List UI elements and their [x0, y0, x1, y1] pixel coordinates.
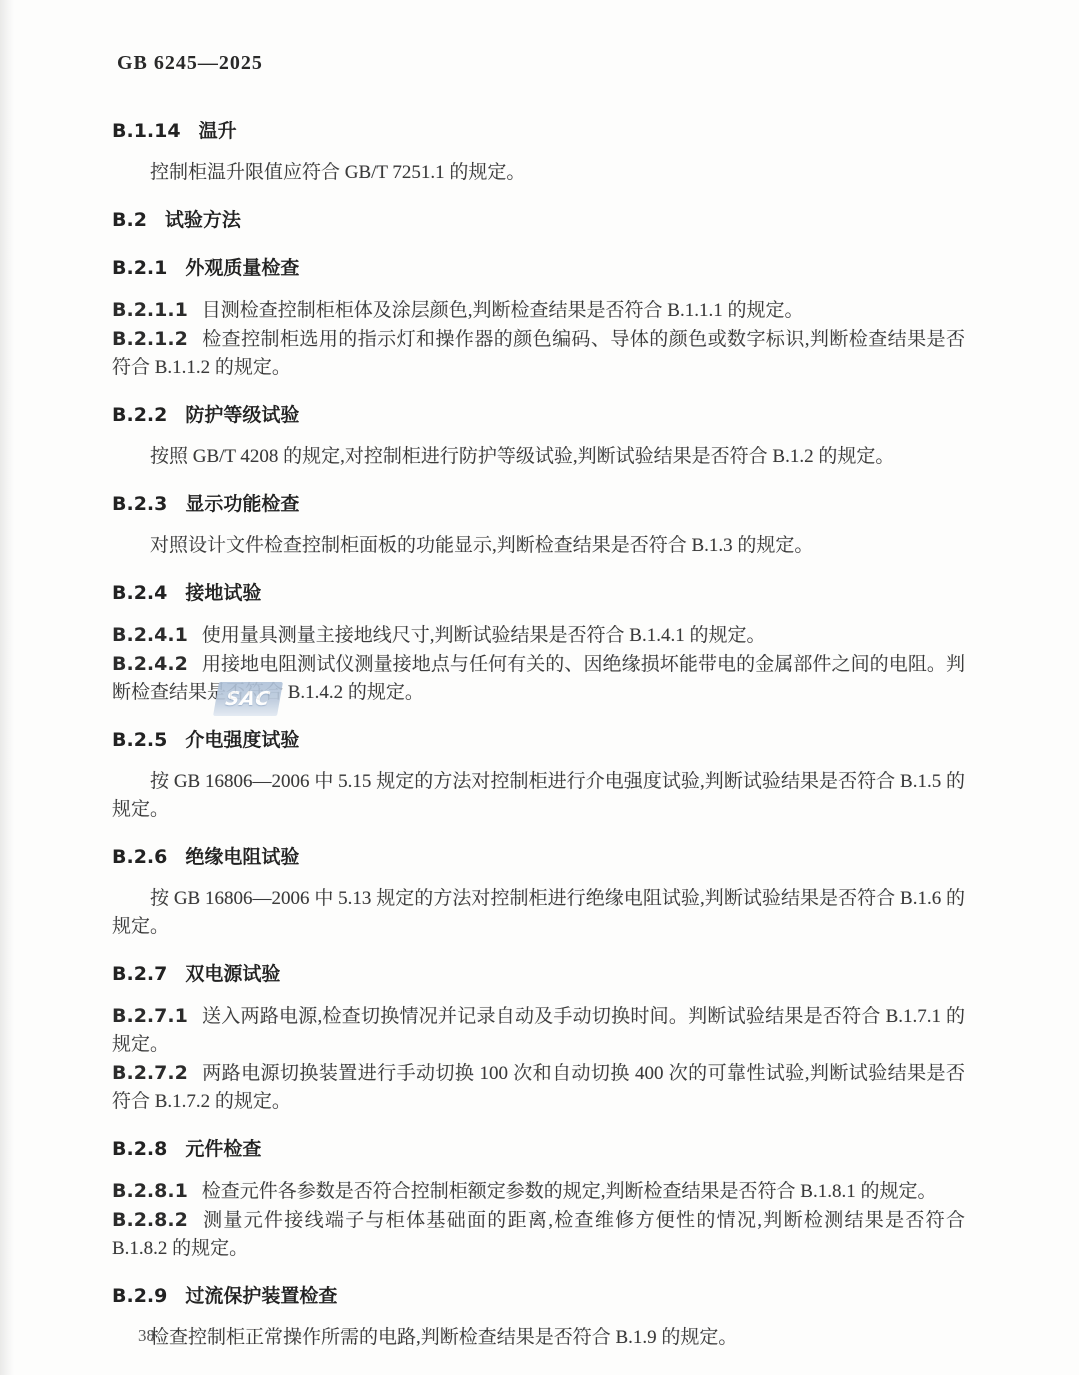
numbered-paragraph: B.2.8.1检查元件各参数是否符合控制柜额定参数的规定,判断检查结果是否符合 … — [112, 1177, 965, 1206]
clause-title-text: 试验方法 — [165, 209, 241, 231]
clause-heading: B.2.4接地试验 — [112, 578, 965, 608]
clause-number: B.2.3 — [112, 493, 167, 515]
clause-title-text: 双电源试验 — [185, 963, 280, 985]
clause-title-text: 介电强度试验 — [185, 729, 299, 751]
numbered-paragraph: B.2.7.2两路电源切换装置进行手动切换 100 次和自动切换 400 次的可… — [112, 1059, 965, 1116]
paragraph: 按照 GB/T 4208 的规定,对控制柜进行防护等级试验,判断试验结果是否符合… — [112, 443, 965, 471]
paragraph: 按 GB 16806—2006 中 5.13 规定的方法对控制柜进行绝缘电阻试验… — [112, 885, 965, 941]
clause-number: B.2.4.2 — [112, 653, 188, 675]
clause-number: B.2.8.2 — [112, 1209, 188, 1231]
clause-number: B.2.2 — [112, 404, 167, 426]
clause-number: B.1.14 — [112, 120, 181, 142]
numbered-paragraph: B.2.1.2检查控制柜选用的指示灯和操作器的颜色编码、导体的颜色或数字标识,判… — [112, 325, 965, 382]
paragraph-text: 使用量具测量主接地线尺寸,判断试验结果是否符合 B.1.4.1 的规定。 — [202, 625, 766, 646]
numbered-paragraph: B.2.4.2用接地电阻测试仪测量接地点与任何有关的、因绝缘损坏能带电的金属部件… — [112, 650, 965, 707]
clause-number: B.2.6 — [112, 846, 167, 868]
clause-heading: B.2.1外观质量检查 — [112, 253, 965, 283]
clause-number: B.2.7.1 — [112, 1005, 188, 1027]
clause-number: B.2.7 — [112, 963, 167, 985]
clause-title-text: 防护等级试验 — [185, 404, 299, 426]
clause-title-text: 过流保护装置检查 — [185, 1285, 337, 1307]
clause-number: B.2.9 — [112, 1285, 167, 1307]
clause-number: B.2 — [112, 209, 147, 231]
paragraph: 按 GB 16806—2006 中 5.15 规定的方法对控制柜进行介电强度试验… — [112, 768, 965, 824]
paragraph: 检查控制柜正常操作所需的电路,判断检查结果是否符合 B.1.9 的规定。 — [112, 1324, 965, 1352]
clause-heading: B.2试验方法 — [112, 205, 965, 235]
clause-heading: B.2.3显示功能检查 — [112, 489, 965, 519]
clause-heading: B.2.6绝缘电阻试验 — [112, 842, 965, 872]
clause-number: B.2.1.1 — [112, 299, 188, 321]
clause-number: B.2.4 — [112, 582, 167, 604]
scan-edge-shading — [0, 0, 14, 1375]
clause-number: B.2.8.1 — [112, 1180, 188, 1202]
clause-number: B.2.8 — [112, 1138, 167, 1160]
page-number: 38 — [138, 1326, 155, 1346]
clause-heading: B.2.7双电源试验 — [112, 959, 965, 989]
clause-heading: B.1.14温升 — [112, 116, 965, 146]
clause-heading: B.2.5介电强度试验 — [112, 725, 965, 755]
paragraph-text: 检查元件各参数是否符合控制柜额定参数的规定,判断检查结果是否符合 B.1.8.1… — [202, 1181, 937, 1202]
clause-number: B.2.1 — [112, 257, 167, 279]
numbered-paragraph: B.2.4.1使用量具测量主接地线尺寸,判断试验结果是否符合 B.1.4.1 的… — [112, 621, 965, 650]
paragraph-text: 测量元件接线端子与柜体基础面的距离,检查维修方便性的情况,判断检测结果是否符合 … — [112, 1210, 965, 1259]
clause-title-text: 元件检查 — [185, 1138, 261, 1160]
numbered-paragraph: B.2.7.1送入两路电源,检查切换情况并记录自动及手动切换时间。判断试验结果是… — [112, 1002, 965, 1059]
document-blocks: B.1.14温升控制柜温升限值应符合 GB/T 7251.1 的规定。B.2试验… — [112, 116, 965, 1352]
clause-title-text: 接地试验 — [185, 582, 261, 604]
clause-number: B.2.7.2 — [112, 1062, 188, 1084]
clause-title-text: 温升 — [199, 120, 237, 142]
clause-number: B.2.4.1 — [112, 624, 188, 646]
paragraph-text: 两路电源切换装置进行手动切换 100 次和自动切换 400 次的可靠性试验,判断… — [112, 1063, 965, 1112]
paragraph-text: 检查控制柜选用的指示灯和操作器的颜色编码、导体的颜色或数字标识,判断检查结果是否… — [112, 329, 965, 378]
numbered-paragraph: B.2.8.2测量元件接线端子与柜体基础面的距离,检查维修方便性的情况,判断检测… — [112, 1206, 965, 1263]
paragraph: 对照设计文件检查控制柜面板的功能显示,判断检查结果是否符合 B.1.3 的规定。 — [112, 532, 965, 560]
paragraph: 控制柜温升限值应符合 GB/T 7251.1 的规定。 — [112, 159, 965, 187]
clause-number: B.2.5 — [112, 729, 167, 751]
paragraph-text: 用接地电阻测试仪测量接地点与任何有关的、因绝缘损坏能带电的金属部件之间的电阻。判… — [112, 654, 965, 703]
clause-title-text: 显示功能检查 — [185, 493, 299, 515]
clause-title-text: 绝缘电阻试验 — [185, 846, 299, 868]
numbered-paragraph: B.2.1.1目测检查控制柜柜体及涂层颜色,判断检查结果是否符合 B.1.1.1… — [112, 296, 965, 325]
clause-number: B.2.1.2 — [112, 328, 188, 350]
clause-heading: B.2.2防护等级试验 — [112, 400, 965, 430]
clause-title-text: 外观质量检查 — [185, 257, 299, 279]
clause-heading: B.2.8元件检查 — [112, 1134, 965, 1164]
clause-heading: B.2.9过流保护装置检查 — [112, 1281, 965, 1311]
document-content: GB 6245—2025 B.1.14温升控制柜温升限值应符合 GB/T 725… — [112, 50, 965, 1352]
paragraph-text: 目测检查控制柜柜体及涂层颜色,判断检查结果是否符合 B.1.1.1 的规定。 — [202, 300, 804, 321]
standard-number-header: GB 6245—2025 — [117, 50, 965, 76]
document-page: GB 6245—2025 B.1.14温升控制柜温升限值应符合 GB/T 725… — [0, 0, 1079, 1375]
paragraph-text: 送入两路电源,检查切换情况并记录自动及手动切换时间。判断试验结果是否符合 B.1… — [112, 1006, 965, 1055]
